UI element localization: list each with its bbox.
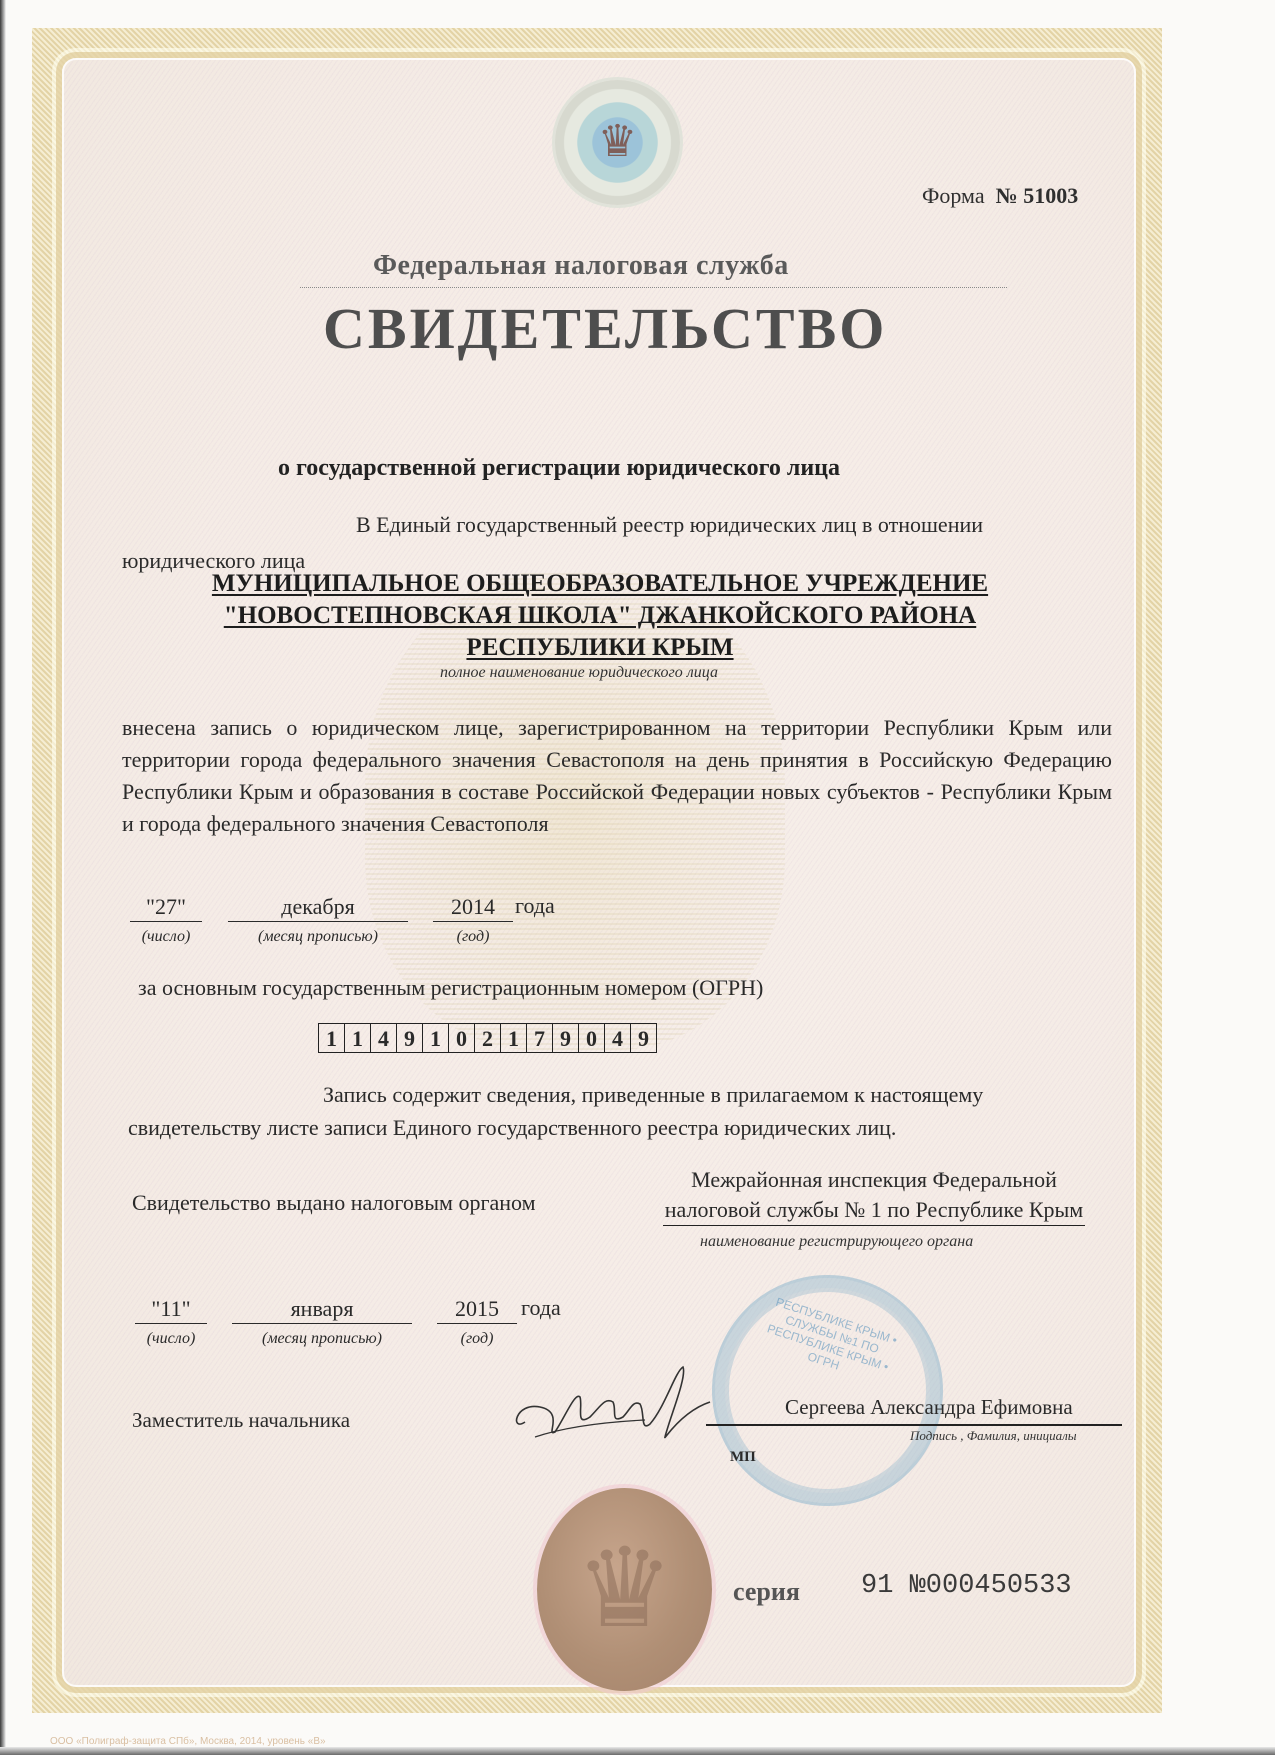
scan-bottom-edge <box>0 1747 1275 1755</box>
record-contains-line-2: свидетельству листе записи Единого госуд… <box>128 1115 896 1141</box>
authority-line-2: налоговой службы № 1 по Республике Крым <box>663 1195 1085 1226</box>
ogrn-digit: 9 <box>631 1024 656 1052</box>
stamp-text: РЕСПУБЛИКЕ КРЫМ • СЛУЖБЫ №1 ПО РЕСПУБЛИК… <box>750 1291 910 1391</box>
series-label: серия <box>733 1577 800 1607</box>
signatory-name: Сергеева Александра Ефимовна <box>785 1395 1073 1420</box>
issue-year-suffix: года <box>521 1295 561 1321</box>
signatory-position: Заместитель начальника <box>132 1408 350 1433</box>
signature-caption: Подпись , Фамилия, инициалы <box>910 1428 1077 1444</box>
record-month-caption: (месяц прописью) <box>228 928 408 946</box>
ogrn-number: 1149102179049 <box>318 1023 657 1053</box>
issue-day-caption: (число) <box>135 1330 207 1348</box>
organization-name: МУНИЦИПАЛЬНОЕ ОБЩЕОБРАЗОВАТЕЛЬНОЕ УЧРЕЖД… <box>120 568 1080 664</box>
record-paragraph: внесена запись о юридическом лице, зарег… <box>122 712 1112 840</box>
ogrn-digit: 9 <box>553 1024 579 1052</box>
issue-day: "11" <box>135 1295 207 1324</box>
ogrn-label: за основным государственным регистрацион… <box>138 975 763 1001</box>
form-number-value: № 51003 <box>996 183 1079 208</box>
issue-year: 2015 <box>437 1295 517 1324</box>
record-year-suffix: года <box>515 893 555 919</box>
double-headed-eagle-icon: ♛ <box>595 114 640 169</box>
organization-caption: полное наименование юридического лица <box>440 664 718 682</box>
record-year: 2014 <box>433 893 513 922</box>
record-day: "27" <box>130 893 202 922</box>
document-subtitle: о государственной регистрации юридическо… <box>278 455 840 482</box>
ogrn-digit: 0 <box>579 1024 605 1052</box>
signature-icon <box>505 1362 720 1447</box>
ogrn-digit: 9 <box>397 1024 423 1052</box>
issue-month-caption: (месяц прописью) <box>232 1330 412 1348</box>
gold-emblem-seal-icon: ♛ <box>537 1488 712 1691</box>
org-name-line: "НОВОСТЕПНОВСКАЯ ШКОЛА" ДЖАНКОЙСКОГО РАЙ… <box>120 600 1080 632</box>
document-title: СВИДЕТЕЛЬСТВО <box>323 295 887 362</box>
org-name-line: МУНИЦИПАЛЬНОЕ ОБЩЕОБРАЗОВАТЕЛЬНОЕ УЧРЕЖД… <box>120 568 1080 600</box>
agency-name: Федеральная налоговая служба <box>373 250 789 282</box>
ogrn-digit: 2 <box>475 1024 501 1052</box>
form-label: Форма <box>922 183 985 208</box>
record-year-caption: (год) <box>433 928 513 946</box>
ogrn-digit: 7 <box>527 1024 553 1052</box>
signature-line <box>706 1424 1122 1426</box>
printer-imprint: ООО «Полиграф-защита СПб», Москва, 2014,… <box>50 1736 326 1747</box>
scan-edge <box>0 0 6 1755</box>
issuing-authority: Межрайонная инспекция Федеральной налого… <box>620 1165 1128 1226</box>
stamp-place-label: МП <box>730 1449 756 1466</box>
series-number: 91 №000450533 <box>861 1571 1072 1601</box>
ogrn-digit: 1 <box>501 1024 527 1052</box>
record-month: декабря <box>228 893 408 922</box>
intro-line-1: В Единый государственный реестр юридичес… <box>356 512 983 538</box>
official-stamp-icon: РЕСПУБЛИКЕ КРЫМ • СЛУЖБЫ №1 ПО РЕСПУБЛИК… <box>712 1275 943 1506</box>
ogrn-digit: 1 <box>319 1024 345 1052</box>
org-name-line: РЕСПУБЛИКИ КРЫМ <box>120 632 1080 664</box>
ogrn-digit: 1 <box>423 1024 449 1052</box>
ogrn-digit: 4 <box>605 1024 631 1052</box>
ogrn-digit: 0 <box>449 1024 475 1052</box>
authority-caption: наименование регистрирующего органа <box>700 1233 973 1251</box>
hologram-emblem-icon: ♛ <box>555 80 680 205</box>
issue-year-caption: (год) <box>437 1330 517 1348</box>
ogrn-digit: 4 <box>371 1024 397 1052</box>
agency-divider <box>300 287 1007 288</box>
ogrn-digit: 1 <box>345 1024 371 1052</box>
issue-month: января <box>232 1295 412 1324</box>
form-number: Форма № 51003 <box>922 183 1078 209</box>
issued-by-label: Свидетельство выдано налоговым органом <box>132 1190 536 1216</box>
coat-of-arms-icon: ♛ <box>537 1488 712 1691</box>
record-contains-line-1: Запись содержит сведения, приведенные в … <box>323 1082 983 1108</box>
record-day-caption: (число) <box>130 928 202 946</box>
authority-line-1: Межрайонная инспекция Федеральной <box>620 1165 1128 1195</box>
